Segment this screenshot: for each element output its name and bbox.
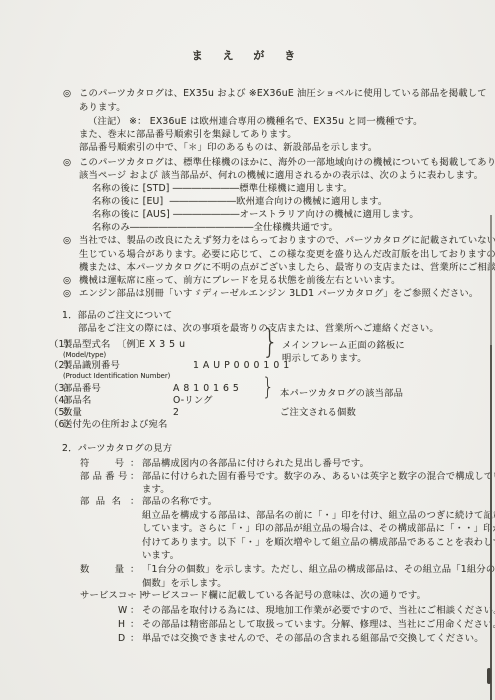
order-item-label: 送付先の住所および宛名 <box>63 419 167 430</box>
term-symbol: 符 号 <box>80 458 124 469</box>
desc-line: 部品の名称です。 <box>142 496 217 507</box>
bullet-marker: ◎ <box>63 235 71 246</box>
order-item-label: 部品番号 <box>63 383 101 394</box>
order-item-value: EX35u <box>139 339 189 350</box>
code-desc: その部品を取付ける為には、現地加工作業が必要ですので、当社にご相談ください。 <box>142 605 495 616</box>
preface-line: このパーツカタログは、標準仕様機のほかに、海外の一部地域向けの機械についても掲載… <box>79 157 495 168</box>
desc-line: サービスコード欄に記載している各記号の意味は、次の通りです。 <box>142 590 426 601</box>
scanned-document-page: ま え が き ◎ このパーツカタログは、EX35u および ※EX36uE 油… <box>0 0 495 700</box>
code-letter-d: D <box>118 633 125 644</box>
term-part-number: 部 品 番 号 <box>80 471 127 482</box>
brace-icon: } <box>262 381 274 395</box>
desc-line: 部品に付けられた固有番号です。数字のみ、あるいは英字と数字の混合で構成してい <box>142 471 495 482</box>
nameplate-note-line: メインフレーム正面の銘板に <box>282 340 405 351</box>
quantity-note: ご注文される個数 <box>280 407 356 418</box>
desc-line: 個数」を示します。 <box>142 578 227 589</box>
catalog-part-note: 本パーツカタログの該当部品 <box>280 388 403 399</box>
nameplate-note-line: 明示してあります。 <box>282 353 367 364</box>
preface-line: 部品番号順索引の中で、「＊」印のあるものは、新設部品を示します。 <box>79 142 377 153</box>
preface-line: 当社では、製品の改良にたえず努力をはらっておりますので、パーツカタログに記載され… <box>79 235 495 246</box>
preface-line: 生じている場合があります。必要に応じて、この様な変更を盛り込んだ改訂版を出してお… <box>79 249 495 260</box>
section-heading-how-to-read: 2．パーツカタログの見方 <box>62 443 172 454</box>
preface-line: あります。 <box>79 102 126 113</box>
desc-line: 「1台分の個数」を示します。ただし、組立品の構成部品は、その組立品「1組分の <box>142 564 495 575</box>
applicability-line-eu: 名称の後に [EU] ―――――――欧州連合向けの機械に適用します。 <box>92 196 387 207</box>
bullet-marker: ◎ <box>63 288 71 299</box>
term-colon: ： <box>130 633 140 644</box>
code-desc: 単品では交換できませんので、その部品の含まれる組部品で交換してください。 <box>142 633 484 644</box>
section-heading-ordering: 1．部品のご注文について <box>62 310 172 321</box>
scan-artifact-blob <box>487 668 491 684</box>
term-colon: ： <box>130 564 140 575</box>
bullet-marker: ◎ <box>63 275 71 286</box>
preface-line: このパーツカタログは、EX35u および ※EX36uE 油圧ショベルに使用して… <box>79 88 487 99</box>
desc-line: 組立品を構成する部品は、部品名の前に「・」印を付け、組立品のつぎに続けて記載 <box>142 510 495 521</box>
preface-line: 機械は運転席に座って、前方にブレードを見る状態を前後左右といいます。 <box>79 275 401 286</box>
term-colon: ： <box>130 619 140 630</box>
scan-artifact-line <box>490 345 492 700</box>
order-item-label: 数量 <box>63 407 82 418</box>
desc-line: しています。さらに「・」印の部品が組立品の場合は、その構成部品に「・・」印が <box>142 523 495 534</box>
preface-line: また、巻末に部品番号順索引を集録してあります。 <box>79 129 297 140</box>
applicability-line-common: 名称のみ―――――――――――――全仕様機共通です。 <box>92 222 338 233</box>
desc-line: ます。 <box>142 484 170 495</box>
applicability-line-std: 名称の後に [STD] ―――――――標準仕様機に適用します。 <box>92 183 353 194</box>
term-colon: ： <box>130 458 140 469</box>
order-item-sublabel: (Product Identification Number) <box>63 371 170 382</box>
order-item-value: O-リング <box>173 395 213 406</box>
order-item-value: 2 <box>173 407 179 418</box>
term-colon: ： <box>130 471 140 482</box>
order-item-label: 部品名 <box>63 395 92 406</box>
page-title: ま え が き <box>0 50 495 61</box>
term-colon: ： <box>130 590 140 601</box>
order-item-label: 製品型式名 <box>63 339 111 350</box>
bullet-marker: ◎ <box>63 157 71 168</box>
order-item-value: 1AUP000101 <box>193 360 293 371</box>
code-letter-w: W <box>118 605 127 616</box>
desc-line: 付けてあります。以下「・」を順次増やして組立品の構成部品であることを表わして <box>142 537 495 548</box>
preface-line: エンジン部品は別冊「いすゞディーゼルエンジン 3LD1 パーツカタログ」をご参照… <box>79 288 478 299</box>
code-desc: その部品は精密部品として取扱っています。分解、修理は、当社にご用命ください。 <box>142 619 495 630</box>
desc-line: います。 <box>142 550 179 561</box>
order-item-label: 製品識別番号 <box>63 360 120 371</box>
code-letter-h: H <box>118 619 125 630</box>
preface-line: 機または、本パーツカタログに不明の点がございましたら、最寄りの支店または、営業所… <box>79 262 495 273</box>
term-colon: ： <box>130 605 140 616</box>
preface-note-line: （注記） ※： EX36uE は欧州連合専用の機種名で、EX35u と同一機種で… <box>88 116 423 127</box>
order-item-value: A810165 <box>173 383 243 394</box>
term-part-name: 部 品 名 <box>80 496 121 507</box>
preface-line: 該当ページ および 該当部品が、何れの機械に適用されるかの表示は、次のように表わ… <box>79 170 483 181</box>
term-quantity: 数 量 <box>80 564 124 575</box>
desc-line: 部品構成図内の各部品に付けられた見出し番号です。 <box>142 458 369 469</box>
bullet-marker: ◎ <box>63 88 71 99</box>
applicability-line-aus: 名称の後に [AUS] ―――――――オーストラリア向けの機械に適用します。 <box>92 209 419 220</box>
term-colon: ： <box>130 496 140 507</box>
section-intro: 部品をご注文の際には、次の事項を最寄りの支店または、営業所へご連絡ください。 <box>78 323 439 334</box>
brace-icon: } <box>262 336 279 350</box>
